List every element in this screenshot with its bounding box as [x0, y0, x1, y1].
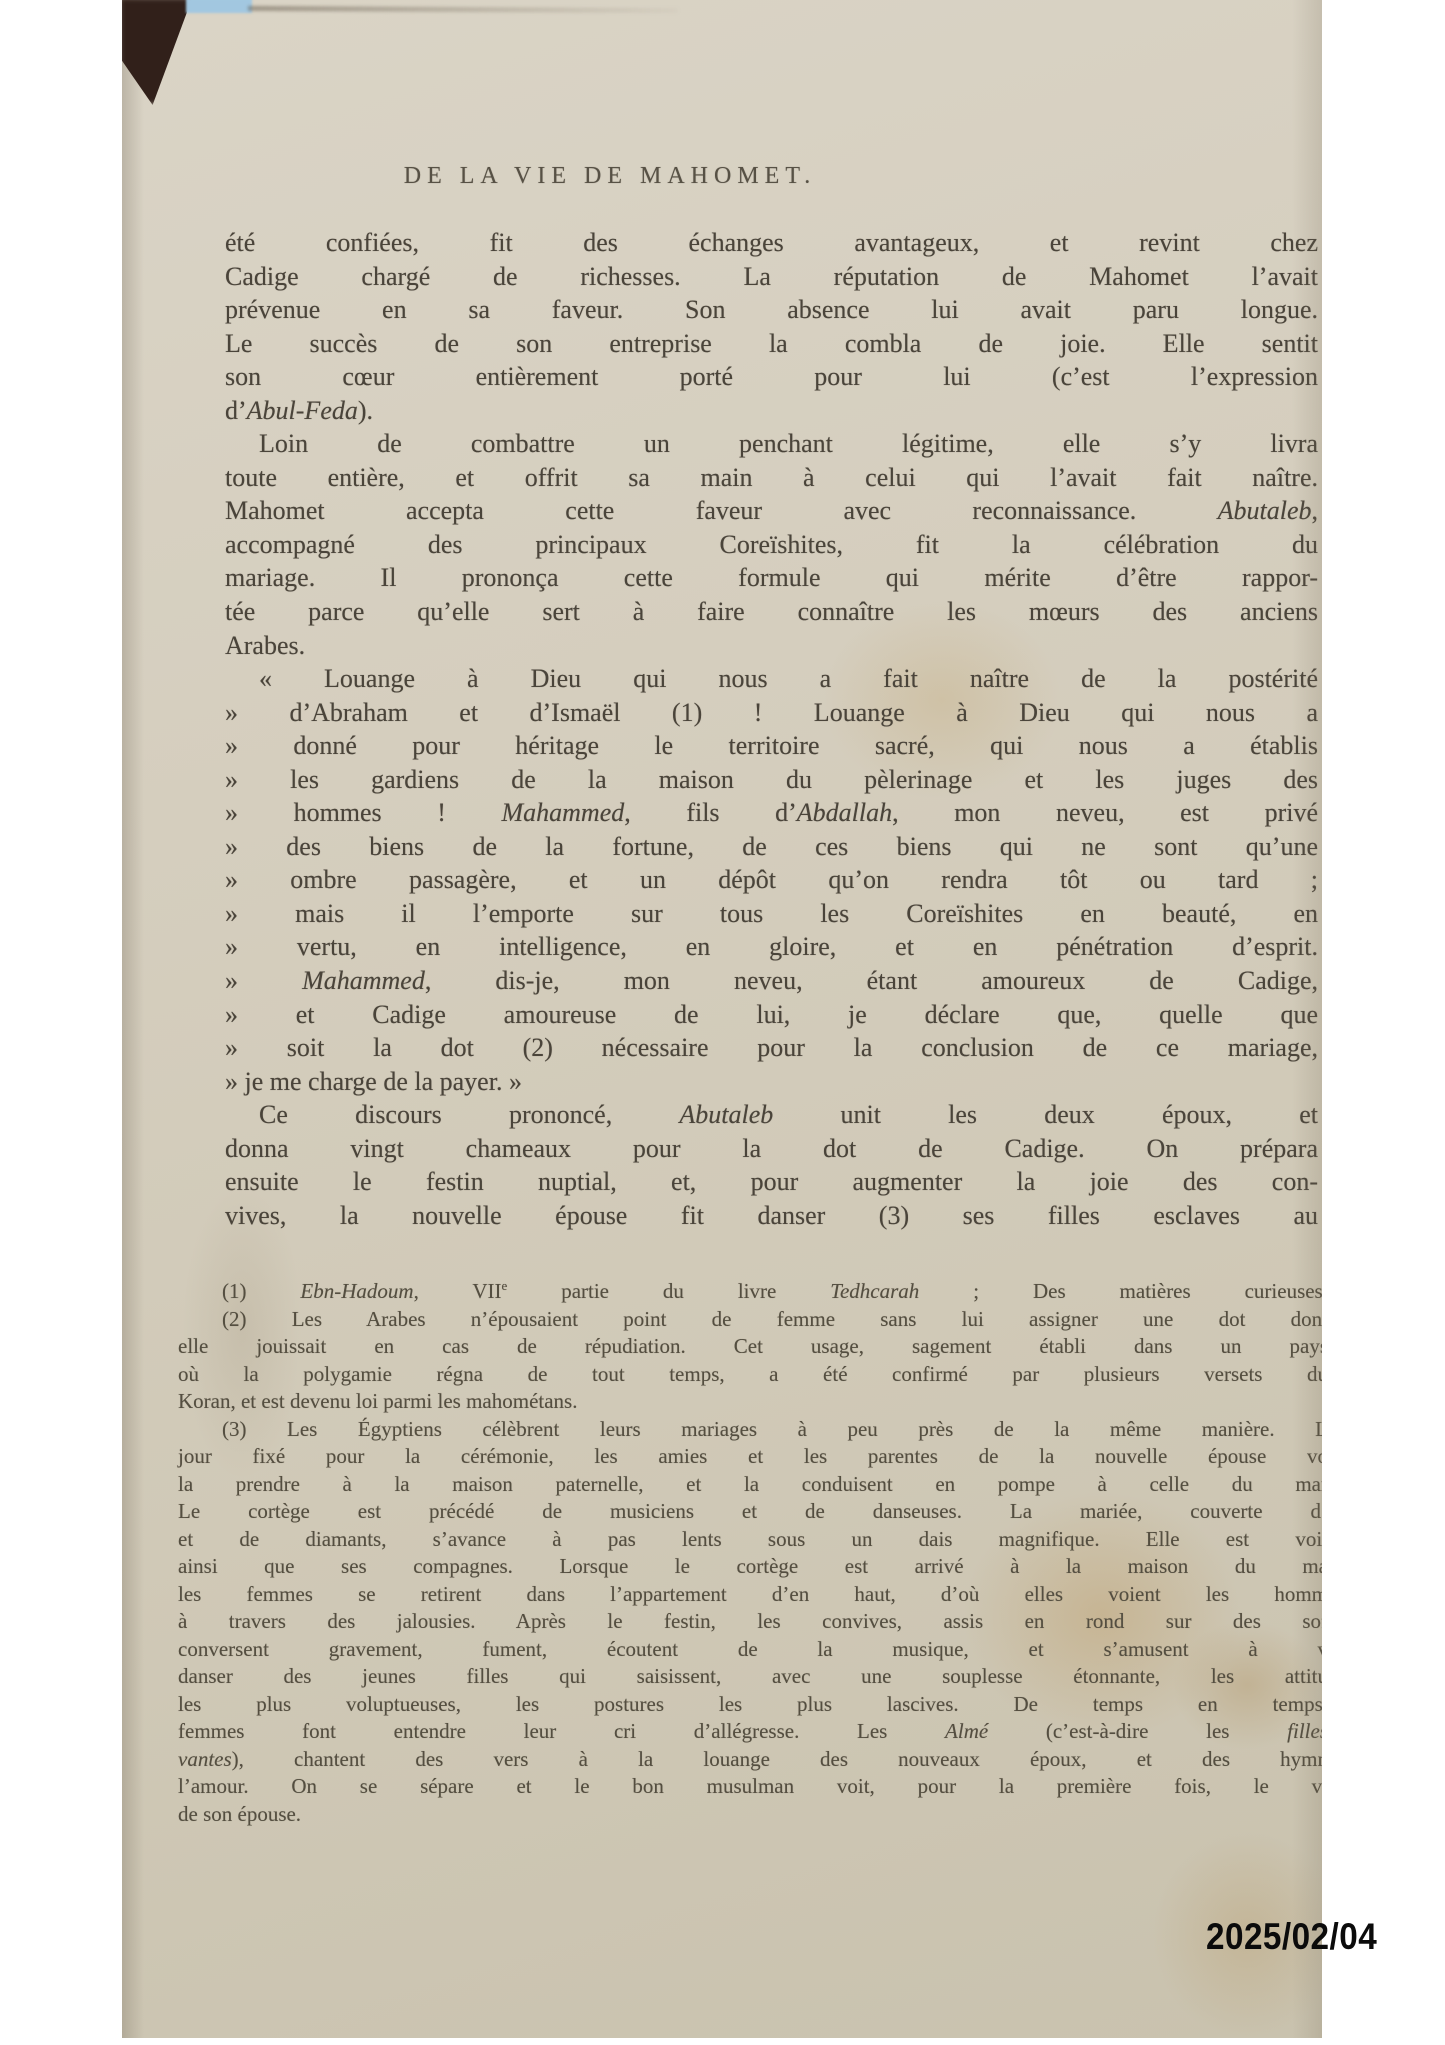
text-line: » mais il l’emporte sur tous les Coreïsh… — [225, 897, 1318, 931]
text-line: elle jouissait en cas de répudiation. Ce… — [178, 1333, 1322, 1361]
text-line: » hommes ! Mahammed, fils d’Abdallah, mo… — [225, 796, 1318, 830]
page-top-shadow — [248, 6, 678, 13]
text-line: accompagné des principaux Coreïshites, f… — [225, 528, 1318, 562]
text-line: vives, la nouvelle épouse fit danser (3)… — [225, 1199, 1318, 1233]
text-line: été confiées, fit des échanges avantageu… — [225, 226, 1318, 260]
photo-edge-artifact — [186, 0, 252, 13]
text-line: » vertu, en intelligence, en gloire, et … — [225, 930, 1318, 964]
text-line: Loin de combattre un penchant légitime, … — [225, 427, 1318, 461]
text-line: (1) Ebn-Hadoum, VIIe partie du livre Ted… — [178, 1278, 1322, 1306]
text-line: toute entière, et offrit sa main à celui… — [225, 461, 1318, 495]
photo-canvas: DE LA VIE DE MAHOMET. 7 été confiées, fi… — [0, 0, 1445, 2045]
text-line: donna vingt chameaux pour la dot de Cadi… — [225, 1132, 1318, 1166]
text-line: » d’Abraham et d’Ismaël (1) ! Louange à … — [225, 696, 1318, 730]
text-line: l’amour. On se sépare et le bon musulman… — [178, 1773, 1322, 1801]
text-line: » ombre passagère, et un dépôt qu’on ren… — [225, 863, 1318, 897]
text-line: d’Abul-Feda). — [225, 394, 1318, 428]
text-line: où la polygamie régna de tout temps, a é… — [178, 1361, 1322, 1389]
text-line: « Louange à Dieu qui nous a fait naître … — [225, 662, 1318, 696]
text-line: Le succès de son entreprise la combla de… — [225, 327, 1318, 361]
text-line: conversent gravement, fument, écoutent d… — [178, 1636, 1322, 1664]
text-line: » et Cadige amoureuse de lui, je déclare… — [225, 998, 1318, 1032]
text-line: Koran, et est devenu loi parmi les mahom… — [178, 1388, 1322, 1416]
text-line: et de diamants, s’avance à pas lents sou… — [178, 1526, 1322, 1554]
text-line: les plus voluptueuses, les postures les … — [178, 1691, 1322, 1719]
text-line: prévenue en sa faveur. Son absence lui a… — [225, 293, 1318, 327]
text-line: ensuite le festin nuptial, et, pour augm… — [225, 1165, 1318, 1199]
text-line: (2) Les Arabes n’épousaient point de fem… — [178, 1306, 1322, 1334]
text-line: Cadige chargé de richesses. La réputatio… — [225, 260, 1318, 294]
text-line: à travers des jalousies. Après le festin… — [178, 1608, 1322, 1636]
footnotes: (1) Ebn-Hadoum, VIIe partie du livre Ted… — [178, 1278, 1322, 1828]
text-line: Mahomet accepta cette faveur avec reconn… — [225, 494, 1318, 528]
text-line: » donné pour héritage le territoire sacr… — [225, 729, 1318, 763]
text-line: » je me charge de la payer. » — [225, 1065, 1318, 1099]
text-line: Ce discours prononcé, Abutaleb unit les … — [225, 1098, 1318, 1132]
text-line: ainsi que ses compagnes. Lorsque le cort… — [178, 1553, 1322, 1581]
text-line: la prendre à la maison paternelle, et la… — [178, 1471, 1322, 1499]
book-page: DE LA VIE DE MAHOMET. 7 été confiées, fi… — [122, 0, 1322, 2038]
photo-corner-artifact — [122, 0, 199, 105]
text-line: » soit la dot (2) nécessaire pour la con… — [225, 1031, 1318, 1065]
text-line: les femmes se retirent dans l’appartemen… — [178, 1581, 1322, 1609]
text-line: son cœur entièrement porté pour lui (c’e… — [225, 360, 1318, 394]
text-line: danser des jeunes filles qui saisissent,… — [178, 1663, 1322, 1691]
text-line: (3) Les Égyptiens célèbrent leurs mariag… — [178, 1416, 1322, 1444]
body-text: été confiées, fit des échanges avantageu… — [225, 226, 1318, 1232]
text-line: de son épouse. — [178, 1801, 1322, 1829]
text-line: vantes), chantent des vers à la louange … — [178, 1746, 1322, 1774]
text-line: » des biens de la fortune, de ces biens … — [225, 830, 1318, 864]
date-stamp: 2025/02/04 — [1206, 1916, 1377, 1958]
text-line: tée parce qu’elle sert à faire connaître… — [225, 595, 1318, 629]
text-line: mariage. Il prononça cette formule qui m… — [225, 561, 1318, 595]
page-header: DE LA VIE DE MAHOMET. 7 — [225, 163, 1318, 203]
text-line: » Mahammed, dis-je, mon neveu, étant amo… — [225, 964, 1318, 998]
running-title: DE LA VIE DE MAHOMET. — [225, 163, 995, 190]
text-line: femmes font entendre leur cri d’allégres… — [178, 1718, 1322, 1746]
text-line: » les gardiens de la maison du pèlerinag… — [225, 763, 1318, 797]
text-line: Le cortège est précédé de musiciens et d… — [178, 1498, 1322, 1526]
text-line: Arabes. — [225, 629, 1318, 663]
text-line: jour fixé pour la cérémonie, les amies e… — [178, 1443, 1322, 1471]
